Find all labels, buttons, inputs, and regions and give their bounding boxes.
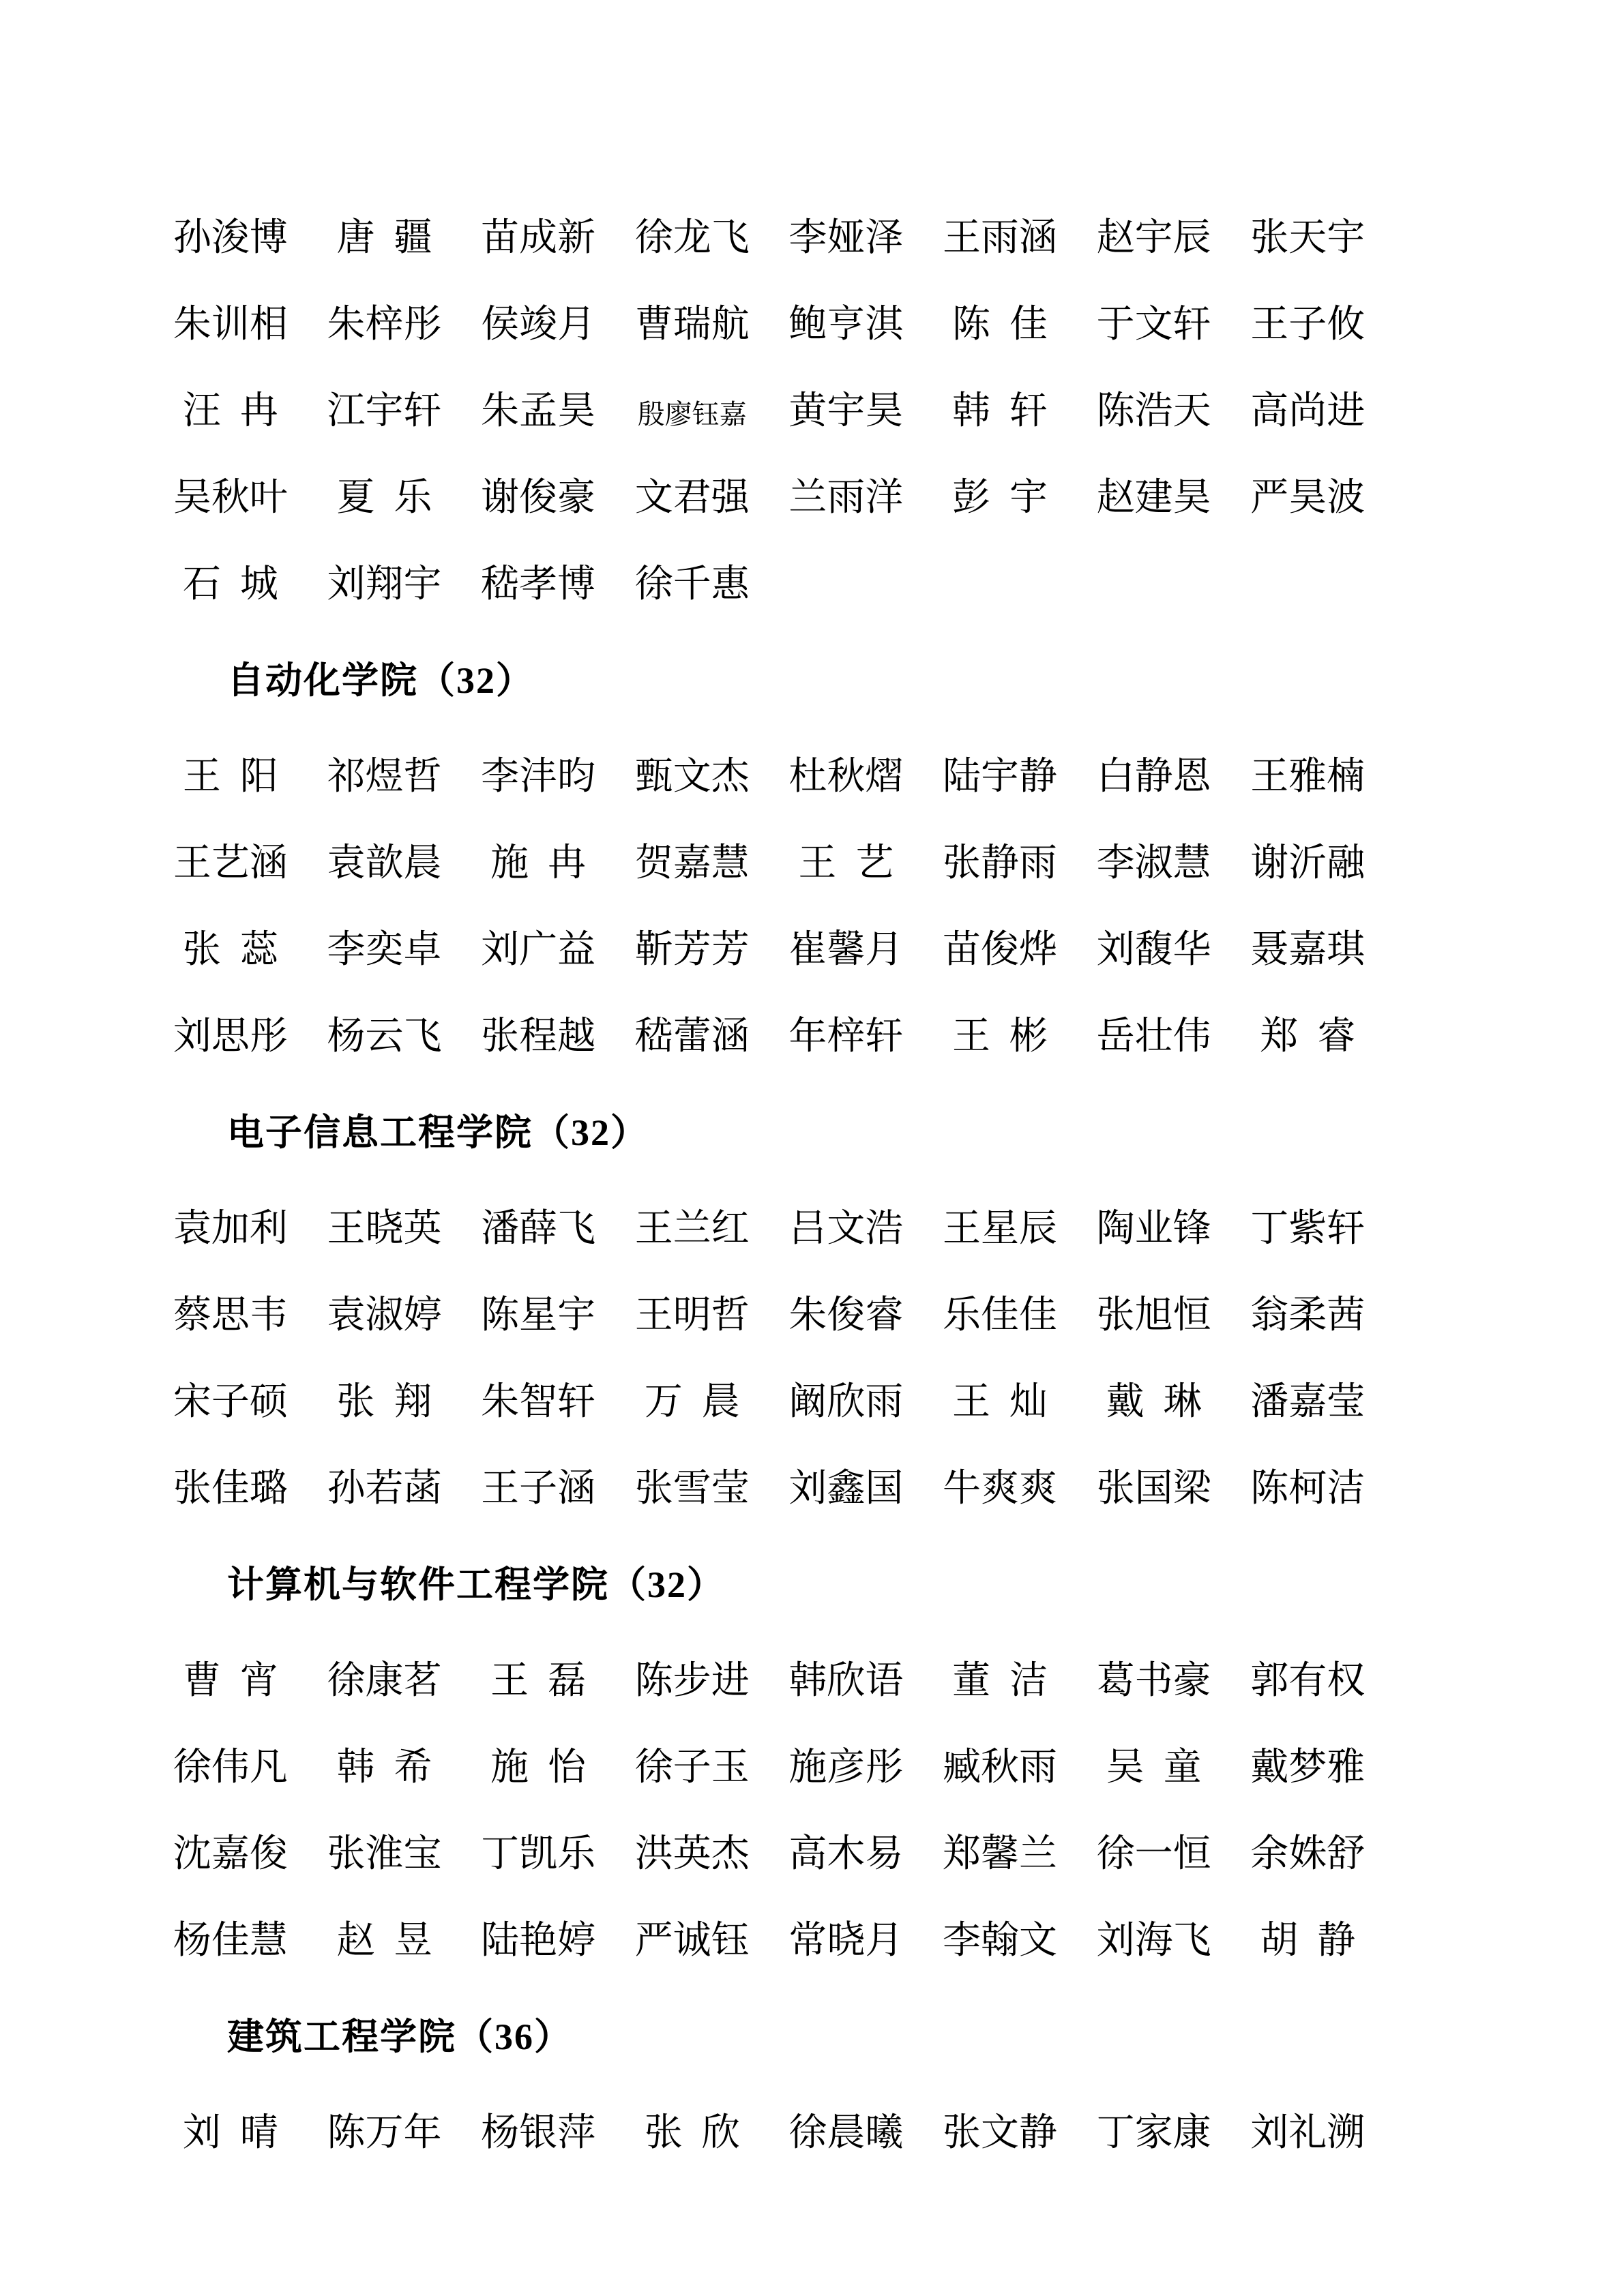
section: 自动化学院（32） 王阳祁煜哲李沣昀甄文杰杜秋熠陆宇静白静恩王雅楠王艺涵袁歆晨施… [153, 627, 1385, 1079]
name-cell: 张天宇 [1230, 219, 1385, 257]
student-name: 刘晴 [183, 2114, 297, 2152]
section-title: 计算机与软件工程学院（32） [227, 1566, 725, 1603]
name-cell: 王彬 [923, 1017, 1077, 1056]
student-name: 朱训相 [173, 305, 288, 344]
name-cell: 陈柯洁 [1230, 1470, 1385, 1508]
student-name: 施冉 [490, 844, 605, 882]
name-cell: 李娅泽 [769, 219, 924, 257]
student-name: 嵇蕾涵 [635, 1017, 750, 1056]
student-name: 江宇轩 [327, 392, 441, 430]
student-name: 刘海飞 [1097, 1922, 1211, 1960]
name-cell: 徐康茗 [308, 1662, 462, 1700]
name-cell: 施怡 [461, 1748, 615, 1787]
name-cell: 甄文杰 [615, 758, 769, 796]
student-name: 陈星宇 [481, 1296, 595, 1335]
name-cell: 陈步进 [615, 1662, 769, 1700]
name-cell [1077, 565, 1231, 603]
name-cell: 袁歆晨 [308, 844, 462, 882]
name-cell: 杜秋熠 [769, 758, 924, 796]
name-cell: 徐一恒 [1077, 1835, 1231, 1873]
name-cell: 刘馥华 [1077, 931, 1231, 969]
student-name: 郭有权 [1250, 1662, 1365, 1700]
name-cell [769, 565, 924, 603]
name-row: 曹宵徐康茗王磊陈步进韩欣语董洁葛书豪郭有权 [153, 1637, 1385, 1724]
student-name: 张欣 [645, 2114, 759, 2152]
name-cell: 贺嘉慧 [615, 844, 769, 882]
name-cell: 董洁 [923, 1662, 1077, 1700]
student-name: 刘馥华 [1097, 931, 1211, 969]
name-cell: 张蕊 [153, 931, 308, 969]
student-name: 苗成新 [481, 219, 595, 257]
student-name: 张翔 [336, 1383, 451, 1421]
student-name: 刘翔宇 [327, 565, 441, 603]
student-name: 丁凯乐 [481, 1835, 595, 1873]
student-name: 徐子玉 [635, 1748, 750, 1787]
name-cell: 刘礼溯 [1230, 2114, 1385, 2152]
name-cell: 赵昱 [308, 1922, 462, 1960]
student-name: 聂嘉琪 [1250, 931, 1365, 969]
name-cell [1230, 565, 1385, 603]
section-rows: 王阳祁煜哲李沣昀甄文杰杜秋熠陆宇静白静恩王雅楠王艺涵袁歆晨施冉贺嘉慧王艺张静雨李… [153, 733, 1385, 1079]
student-name: 崔馨月 [788, 931, 903, 969]
name-cell: 张雪莹 [615, 1470, 769, 1508]
student-name: 常晓月 [788, 1922, 903, 1960]
student-name: 臧秋雨 [943, 1748, 1057, 1787]
name-cell: 蔡思韦 [153, 1296, 308, 1335]
name-cell: 孙若菡 [308, 1470, 462, 1508]
student-name: 殷廖钰嘉 [638, 401, 747, 428]
student-name: 赵建昊 [1097, 479, 1211, 517]
section-header: 计算机与软件工程学院（32） [153, 1532, 1385, 1637]
name-cell: 岳壮伟 [1077, 1017, 1231, 1056]
name-cell: 高木易 [769, 1835, 924, 1873]
student-name: 刘思彤 [173, 1017, 288, 1056]
name-cell: 吴秋叶 [153, 479, 308, 517]
document-content: 孙浚博唐疆苗成新徐龙飞李娅泽王雨涵赵宇辰张天宇朱训相朱梓彤侯竣月曹瑞航鲍亨淇陈佳… [153, 194, 1385, 2176]
student-name: 丁紫轩 [1250, 1210, 1365, 1248]
student-name: 杜秋熠 [788, 758, 903, 796]
student-name: 乐佳佳 [943, 1296, 1057, 1335]
student-name: 陈浩天 [1097, 392, 1211, 430]
name-cell: 王晓英 [308, 1210, 462, 1248]
student-name: 高尚进 [1250, 392, 1365, 430]
name-cell: 杨佳慧 [153, 1922, 308, 1960]
student-name: 陶业锋 [1097, 1210, 1211, 1248]
student-name: 施怡 [490, 1748, 605, 1787]
name-cell: 白静恩 [1077, 758, 1231, 796]
name-cell: 高尚进 [1230, 392, 1385, 430]
student-name: 王雅楠 [1250, 758, 1365, 796]
student-name: 曹瑞航 [635, 305, 750, 344]
student-name: 张文静 [943, 2114, 1057, 2152]
name-cell: 翁柔茜 [1230, 1296, 1385, 1335]
student-name: 靳芳芳 [635, 931, 750, 969]
student-name: 孙若菡 [327, 1470, 441, 1508]
student-name: 李奕卓 [327, 931, 441, 969]
section-title: 自动化学院（32） [227, 662, 534, 699]
student-name: 韩希 [336, 1748, 451, 1787]
name-cell: 郑馨兰 [923, 1835, 1077, 1873]
student-name: 汪冉 [183, 392, 297, 430]
student-name: 王磊 [490, 1662, 605, 1700]
name-cell: 袁淑婷 [308, 1296, 462, 1335]
student-name: 张国梁 [1097, 1470, 1211, 1508]
section-rows: 袁加利王晓英潘薛飞王兰红吕文浩王星辰陶业锋丁紫轩蔡思韦袁淑婷陈星宇王明哲朱俊睿乐… [153, 1185, 1385, 1532]
name-cell: 阚欣雨 [769, 1383, 924, 1421]
name-cell: 夏乐 [308, 479, 462, 517]
name-cell: 戴梦雅 [1230, 1748, 1385, 1787]
student-name: 张静雨 [943, 844, 1057, 882]
student-name: 杨云飞 [327, 1017, 441, 1056]
name-cell: 曹瑞航 [615, 305, 769, 344]
student-name: 张雪莹 [635, 1470, 750, 1508]
student-name: 王子攸 [1250, 305, 1365, 344]
student-name: 侯竣月 [481, 305, 595, 344]
name-cell: 朱训相 [153, 305, 308, 344]
name-cell: 王艺 [769, 844, 924, 882]
student-name: 张程越 [481, 1017, 595, 1056]
student-name: 李淑慧 [1097, 844, 1211, 882]
student-name: 徐一恒 [1097, 1835, 1211, 1873]
section-header: 建筑工程学院（36） [153, 1984, 1385, 2089]
student-name: 袁加利 [173, 1210, 288, 1248]
name-cell: 朱梓彤 [308, 305, 462, 344]
student-name: 鲍亨淇 [788, 305, 903, 344]
name-row: 王艺涵袁歆晨施冉贺嘉慧王艺张静雨李淑慧谢沂融 [153, 820, 1385, 906]
student-name: 袁歆晨 [327, 844, 441, 882]
student-name: 祁煜哲 [327, 758, 441, 796]
name-cell: 丁家康 [1077, 2114, 1231, 2152]
name-cell: 张静雨 [923, 844, 1077, 882]
student-name: 王艺 [798, 844, 913, 882]
name-cell: 杨银萍 [461, 2114, 615, 2152]
name-cell: 年梓轩 [769, 1017, 924, 1056]
name-cell: 徐千惠 [615, 565, 769, 603]
student-name: 沈嘉俊 [173, 1835, 288, 1873]
name-cell: 徐伟凡 [153, 1748, 308, 1787]
section-rows: 曹宵徐康茗王磊陈步进韩欣语董洁葛书豪郭有权徐伟凡韩希施怡徐子玉施彦彤臧秋雨吴童戴… [153, 1637, 1385, 1984]
name-cell: 沈嘉俊 [153, 1835, 308, 1873]
name-cell: 王子攸 [1230, 305, 1385, 344]
student-name: 白静恩 [1097, 758, 1211, 796]
student-name: 杨佳慧 [173, 1922, 288, 1960]
name-cell: 戴琳 [1077, 1383, 1231, 1421]
name-row: 吴秋叶夏乐谢俊豪文君强兰雨洋彭宇赵建昊严昊波 [153, 454, 1385, 541]
student-name: 张天宇 [1250, 219, 1365, 257]
name-cell: 施彦彤 [769, 1748, 924, 1787]
name-cell: 王阳 [153, 758, 308, 796]
student-name: 甄文杰 [635, 758, 750, 796]
name-row: 张蕊李奕卓刘广益靳芳芳崔馨月苗俊烨刘馥华聂嘉琪 [153, 906, 1385, 993]
name-cell: 靳芳芳 [615, 931, 769, 969]
student-name: 高木易 [788, 1835, 903, 1873]
student-name: 丁家康 [1097, 2114, 1211, 2152]
section: 电子信息工程学院（32） 袁加利王晓英潘薛飞王兰红吕文浩王星辰陶业锋丁紫轩蔡思韦… [153, 1079, 1385, 1532]
name-cell: 王子涵 [461, 1470, 615, 1508]
student-name: 孙浚博 [173, 219, 288, 257]
name-cell: 徐龙飞 [615, 219, 769, 257]
name-cell: 鲍亨淇 [769, 305, 924, 344]
student-name: 赵昱 [336, 1922, 451, 1960]
section: 建筑工程学院（36） 刘晴陈万年杨银萍张欣徐晨曦张文静丁家康刘礼溯 [153, 1984, 1385, 2176]
student-name: 朱孟昊 [481, 392, 595, 430]
student-name: 吴秋叶 [173, 479, 288, 517]
student-name: 洪英杰 [635, 1835, 750, 1873]
student-name: 陆艳婷 [481, 1922, 595, 1960]
name-cell: 嵇孝博 [461, 565, 615, 603]
student-name: 吴童 [1106, 1748, 1221, 1787]
name-cell: 侯竣月 [461, 305, 615, 344]
section-header: 自动化学院（32） [153, 627, 1385, 733]
student-name: 张佳璐 [173, 1470, 288, 1508]
student-name: 李娅泽 [788, 219, 903, 257]
name-row: 朱训相朱梓彤侯竣月曹瑞航鲍亨淇陈佳于文轩王子攸 [153, 281, 1385, 368]
name-cell: 王雨涵 [923, 219, 1077, 257]
name-row: 刘思彤杨云飞张程越嵇蕾涵年梓轩王彬岳壮伟郑睿 [153, 993, 1385, 1079]
name-cell: 唐疆 [308, 219, 462, 257]
name-cell: 崔馨月 [769, 931, 924, 969]
name-cell: 葛书豪 [1077, 1662, 1231, 1700]
name-cell: 王灿 [923, 1383, 1077, 1421]
section: 孙浚博唐疆苗成新徐龙飞李娅泽王雨涵赵宇辰张天宇朱训相朱梓彤侯竣月曹瑞航鲍亨淇陈佳… [153, 194, 1385, 627]
name-cell: 张文静 [923, 2114, 1077, 2152]
student-name: 翁柔茜 [1250, 1296, 1365, 1335]
student-name: 王兰红 [635, 1210, 750, 1248]
name-cell: 牛爽爽 [923, 1470, 1077, 1508]
student-name: 王明哲 [635, 1296, 750, 1335]
name-cell: 洪英杰 [615, 1835, 769, 1873]
name-cell: 李奕卓 [308, 931, 462, 969]
student-name: 陆宇静 [943, 758, 1057, 796]
name-cell: 袁加利 [153, 1210, 308, 1248]
student-name: 潘薛飞 [481, 1210, 595, 1248]
name-cell: 潘嘉莹 [1230, 1383, 1385, 1421]
name-cell: 朱智轩 [461, 1383, 615, 1421]
name-row: 徐伟凡韩希施怡徐子玉施彦彤臧秋雨吴童戴梦雅 [153, 1724, 1385, 1810]
student-name: 蔡思韦 [173, 1296, 288, 1335]
name-cell: 韩欣语 [769, 1662, 924, 1700]
name-cell: 徐晨曦 [769, 2114, 924, 2152]
name-cell: 张翔 [308, 1383, 462, 1421]
name-row: 刘晴陈万年杨银萍张欣徐晨曦张文静丁家康刘礼溯 [153, 2089, 1385, 2176]
student-name: 黄宇昊 [788, 392, 903, 430]
name-cell: 王兰红 [615, 1210, 769, 1248]
student-name: 阚欣雨 [788, 1383, 903, 1421]
name-row: 沈嘉俊张淮宝丁凯乐洪英杰高木易郑馨兰徐一恒余姝舒 [153, 1810, 1385, 1897]
name-cell: 胡静 [1230, 1922, 1385, 1960]
name-cell: 严诚钰 [615, 1922, 769, 1960]
section: 计算机与软件工程学院（32） 曹宵徐康茗王磊陈步进韩欣语董洁葛书豪郭有权徐伟凡韩… [153, 1532, 1385, 1984]
name-row: 孙浚博唐疆苗成新徐龙飞李娅泽王雨涵赵宇辰张天宇 [153, 194, 1385, 281]
name-cell: 汪冉 [153, 392, 308, 430]
student-name: 赵宇辰 [1097, 219, 1211, 257]
name-cell: 张国梁 [1077, 1470, 1231, 1508]
name-cell: 兰雨洋 [769, 479, 924, 517]
student-name: 戴梦雅 [1250, 1748, 1365, 1787]
name-cell: 常晓月 [769, 1922, 924, 1960]
name-cell: 刘翔宇 [308, 565, 462, 603]
name-row: 宋子硕张翔朱智轩万晨阚欣雨王灿戴琳潘嘉莹 [153, 1358, 1385, 1445]
name-cell: 江宇轩 [308, 392, 462, 430]
student-name: 陈柯洁 [1250, 1470, 1365, 1508]
name-cell [923, 565, 1077, 603]
name-cell: 刘晴 [153, 2114, 308, 2152]
student-name: 董洁 [952, 1662, 1067, 1700]
name-cell: 刘海飞 [1077, 1922, 1231, 1960]
student-name: 戴琳 [1106, 1383, 1221, 1421]
name-cell: 谢沂融 [1230, 844, 1385, 882]
name-row: 蔡思韦袁淑婷陈星宇王明哲朱俊睿乐佳佳张旭恒翁柔茜 [153, 1272, 1385, 1358]
student-name: 夏乐 [336, 479, 451, 517]
student-name: 徐伟凡 [173, 1748, 288, 1787]
student-name: 曹宵 [183, 1662, 297, 1700]
student-name: 严昊波 [1250, 479, 1365, 517]
student-name: 彭宇 [952, 479, 1067, 517]
name-cell: 丁凯乐 [461, 1835, 615, 1873]
student-name: 余姝舒 [1250, 1835, 1365, 1873]
name-cell: 陈浩天 [1077, 392, 1231, 430]
student-name: 陈步进 [635, 1662, 750, 1700]
name-cell: 曹宵 [153, 1662, 308, 1700]
name-cell: 张欣 [615, 2114, 769, 2152]
name-cell: 石城 [153, 565, 308, 603]
name-cell: 余姝舒 [1230, 1835, 1385, 1873]
name-cell: 赵建昊 [1077, 479, 1231, 517]
name-cell: 谢俊豪 [461, 479, 615, 517]
name-cell: 李淑慧 [1077, 844, 1231, 882]
name-row: 石城刘翔宇嵇孝博徐千惠 [153, 541, 1385, 627]
student-name: 王彬 [952, 1017, 1067, 1056]
name-cell: 万晨 [615, 1383, 769, 1421]
name-row: 王阳祁煜哲李沣昀甄文杰杜秋熠陆宇静白静恩王雅楠 [153, 733, 1385, 820]
name-cell: 王雅楠 [1230, 758, 1385, 796]
name-cell: 韩希 [308, 1748, 462, 1787]
name-cell: 陈万年 [308, 2114, 462, 2152]
name-cell: 郭有权 [1230, 1662, 1385, 1700]
student-name: 陈万年 [327, 2114, 441, 2152]
name-cell: 李沣昀 [461, 758, 615, 796]
student-name: 徐康茗 [327, 1662, 441, 1700]
name-cell: 王艺涵 [153, 844, 308, 882]
student-name: 施彦彤 [788, 1748, 903, 1787]
name-cell: 潘薛飞 [461, 1210, 615, 1248]
name-cell: 孙浚博 [153, 219, 308, 257]
section-rows: 刘晴陈万年杨银萍张欣徐晨曦张文静丁家康刘礼溯 [153, 2089, 1385, 2176]
name-cell: 王磊 [461, 1662, 615, 1700]
name-cell: 徐子玉 [615, 1748, 769, 1787]
name-cell: 王明哲 [615, 1296, 769, 1335]
name-cell: 李翰文 [923, 1922, 1077, 1960]
name-cell: 韩轩 [923, 392, 1077, 430]
student-name: 杨银萍 [481, 2114, 595, 2152]
section-title: 建筑工程学院（36） [227, 2018, 572, 2055]
name-cell: 张淮宝 [308, 1835, 462, 1873]
student-name: 潘嘉莹 [1250, 1383, 1365, 1421]
student-name: 于文轩 [1097, 305, 1211, 344]
student-name: 王星辰 [943, 1210, 1057, 1248]
student-name: 岳壮伟 [1097, 1017, 1211, 1056]
name-cell: 朱俊睿 [769, 1296, 924, 1335]
name-cell: 陈星宇 [461, 1296, 615, 1335]
student-name: 谢沂融 [1250, 844, 1365, 882]
section-rows: 孙浚博唐疆苗成新徐龙飞李娅泽王雨涵赵宇辰张天宇朱训相朱梓彤侯竣月曹瑞航鲍亨淇陈佳… [153, 194, 1385, 627]
name-cell: 臧秋雨 [923, 1748, 1077, 1787]
student-name: 唐疆 [336, 219, 451, 257]
student-name: 郑睿 [1260, 1017, 1374, 1056]
name-cell: 王星辰 [923, 1210, 1077, 1248]
student-name: 苗俊烨 [943, 931, 1057, 969]
name-cell: 陆宇静 [923, 758, 1077, 796]
name-cell: 郑睿 [1230, 1017, 1385, 1056]
name-cell: 殷廖钰嘉 [615, 392, 769, 430]
name-row: 袁加利王晓英潘薛飞王兰红吕文浩王星辰陶业锋丁紫轩 [153, 1185, 1385, 1272]
student-name: 刘鑫国 [788, 1470, 903, 1508]
student-name: 石城 [183, 565, 297, 603]
student-name: 朱梓彤 [327, 305, 441, 344]
student-name: 牛爽爽 [943, 1470, 1057, 1508]
name-cell: 宋子硕 [153, 1383, 308, 1421]
name-cell: 聂嘉琪 [1230, 931, 1385, 969]
student-name: 谢俊豪 [481, 479, 595, 517]
student-name: 朱俊睿 [788, 1296, 903, 1335]
student-name: 张淮宝 [327, 1835, 441, 1873]
name-cell: 乐佳佳 [923, 1296, 1077, 1335]
student-name: 年梓轩 [788, 1017, 903, 1056]
student-name: 贺嘉慧 [635, 844, 750, 882]
student-name: 王阳 [183, 758, 297, 796]
student-name: 兰雨洋 [788, 479, 903, 517]
name-cell: 陶业锋 [1077, 1210, 1231, 1248]
name-cell: 黄宇昊 [769, 392, 924, 430]
name-cell: 吴童 [1077, 1748, 1231, 1787]
name-cell: 嵇蕾涵 [615, 1017, 769, 1056]
name-cell: 严昊波 [1230, 479, 1385, 517]
section-title: 电子信息工程学院（32） [227, 1114, 649, 1151]
section-header: 电子信息工程学院（32） [153, 1079, 1385, 1185]
name-cell: 于文轩 [1077, 305, 1231, 344]
student-name: 王灿 [952, 1383, 1067, 1421]
name-cell: 赵宇辰 [1077, 219, 1231, 257]
student-name: 王艺涵 [173, 844, 288, 882]
student-name: 李沣昀 [481, 758, 595, 796]
name-row: 汪冉江宇轩朱孟昊殷廖钰嘉黄宇昊韩轩陈浩天高尚进 [153, 368, 1385, 454]
name-cell: 彭宇 [923, 479, 1077, 517]
student-name: 王晓英 [327, 1210, 441, 1248]
student-name: 胡静 [1260, 1922, 1374, 1960]
name-cell: 张旭恒 [1077, 1296, 1231, 1335]
student-name: 李翰文 [943, 1922, 1057, 1960]
student-name: 郑馨兰 [943, 1835, 1057, 1873]
student-name: 严诚钰 [635, 1922, 750, 1960]
student-name: 陈佳 [952, 305, 1067, 344]
student-name: 宋子硕 [173, 1383, 288, 1421]
student-name: 刘礼溯 [1250, 2114, 1365, 2152]
name-cell: 文君强 [615, 479, 769, 517]
name-cell: 刘思彤 [153, 1017, 308, 1056]
document-page: 孙浚博唐疆苗成新徐龙飞李娅泽王雨涵赵宇辰张天宇朱训相朱梓彤侯竣月曹瑞航鲍亨淇陈佳… [0, 0, 1624, 2296]
name-cell: 刘鑫国 [769, 1470, 924, 1508]
name-cell: 苗成新 [461, 219, 615, 257]
student-name: 袁淑婷 [327, 1296, 441, 1335]
student-name: 万晨 [645, 1383, 759, 1421]
name-cell: 陆艳婷 [461, 1922, 615, 1960]
name-cell: 丁紫轩 [1230, 1210, 1385, 1248]
student-name: 朱智轩 [481, 1383, 595, 1421]
name-cell: 施冉 [461, 844, 615, 882]
student-name: 韩欣语 [788, 1662, 903, 1700]
student-name: 王雨涵 [943, 219, 1057, 257]
student-name: 韩轩 [952, 392, 1067, 430]
